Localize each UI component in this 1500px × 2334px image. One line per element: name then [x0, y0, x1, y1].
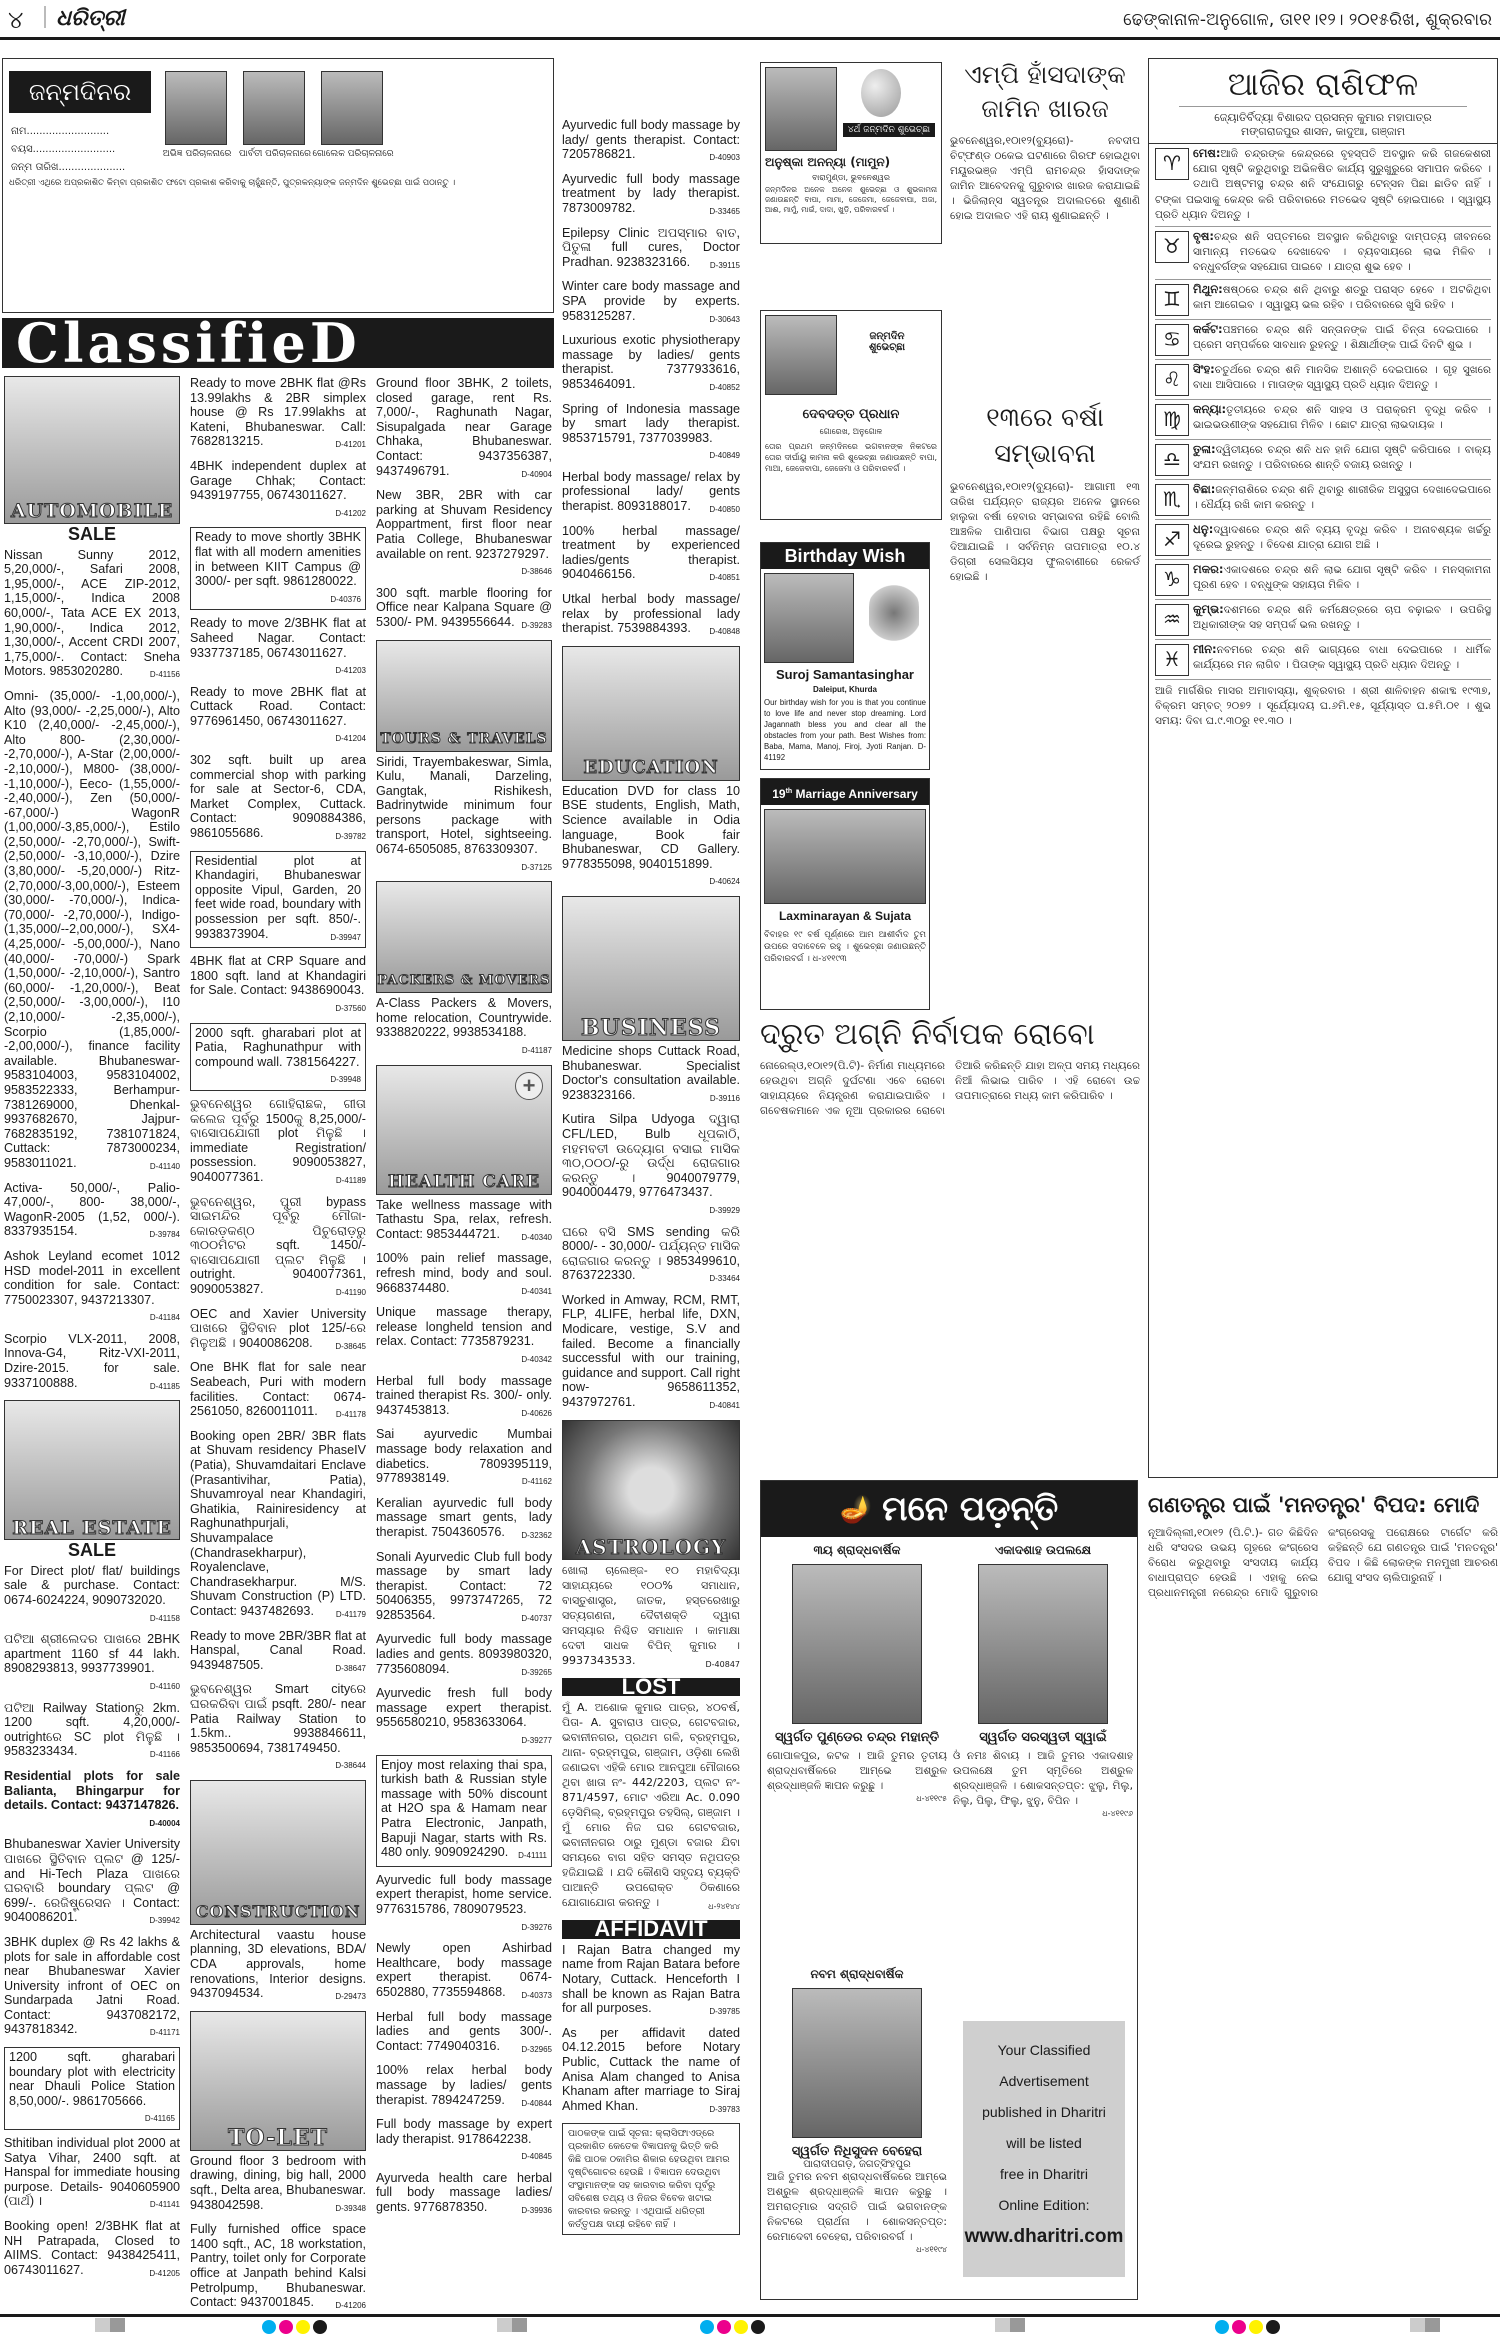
ad-code: D-41205: [149, 2267, 180, 2282]
person-name: Suroj Samantasinghar: [761, 667, 929, 682]
zodiac-list: ♈ମେଷ:ଆଜି ଚନ୍ଦ୍ରଙ୍କ କେନ୍ଦ୍ରରେ ବୃହସ୍ପତି ଅବ…: [1155, 144, 1491, 680]
birthday-wish-ad: Birthday Wish Suroj Samantasinghar Dalei…: [760, 542, 930, 770]
classified-ad: 3BHK duplex @ Rs 42 lakhs & plots for sa…: [4, 1935, 180, 2041]
obituary-title: 🪔 ମନେ ପଡ଼ନ୍ତି: [761, 1481, 1137, 1537]
ad-code: D-39782: [335, 830, 366, 845]
category-label: CONSTRUCTION: [191, 1905, 365, 1920]
anniversary-wish-ad: 19th Marriage Anniversary Wish Laxminara…: [760, 778, 930, 1010]
classified-ad: ଖୋଲା ଚାଲେଞ୍ଜ- ୧୦ ମହାବିଦ୍ୟା ସାହାଯ୍ୟରେ ୧୦୦…: [562, 1563, 740, 1672]
obituary-left: ୩ୟ ଶ୍ରାଦ୍ଧବାର୍ଷିକ ସ୍ୱର୍ଗତ ପୁଣ୍ଡେର ଚନ୍ଦ୍ର…: [767, 1543, 947, 1804]
affidavit-heading: AFFIDAVIT: [562, 1920, 740, 1939]
classified-ad: 100% pain relief massage, refresh mind, …: [376, 1251, 552, 1299]
classified-banner: ClassifieD: [2, 318, 554, 368]
classified-ad: ଭୁବନେଶ୍ୱର, ପୁରୀ bypass ସାଇମନ୍ଦିର ପୂର୍ବରୁ…: [190, 1195, 366, 1301]
ad-code: D-41187: [522, 1044, 552, 1059]
ad-code: D-41184: [150, 1311, 180, 1326]
magenta-dot: [717, 2320, 731, 2334]
health-care-category-image: + HEALTH CARE: [376, 1065, 552, 1195]
classified-ad: Activa- 50,000/-, Palio- 47,000/-, 800- …: [4, 1181, 180, 1243]
ad-code: D-40342: [521, 1353, 552, 1368]
black-dot: [1266, 2320, 1280, 2334]
yellow-dot: [734, 2320, 748, 2334]
registration-grey-block: [497, 2318, 527, 2332]
travel-ads-list: Siridi, Trayembakeswar, Simla, Kulu, Man…: [376, 755, 552, 876]
zodiac-entry: ♏ବିଛା:ଜନ୍ମରାଶିରେ ଚନ୍ଦ୍ର ଶନି ଥିବାରୁ ଶାରୀର…: [1155, 480, 1491, 520]
cmyk-registration-marks: [1215, 2320, 1280, 2334]
page-number: ୪: [8, 6, 23, 34]
cmyk-registration-marks: [700, 2320, 765, 2334]
wish-name: ଦେବଦତ୍ତ ପ୍ରଧାନ: [765, 407, 937, 422]
ad-code: D-40849: [709, 449, 740, 464]
ad-code: D-39276: [521, 1921, 552, 1936]
zodiac-sign-icon: ♓: [1155, 644, 1189, 676]
classified-ad: Keralian ayurvedic full body massage sma…: [376, 1496, 552, 1544]
ad-code: D-39283: [521, 619, 552, 634]
zodiac-name: ମୀନ:: [1193, 642, 1217, 656]
horoscope-panel: ଆଜିର ରାଶିଫଳ ଜ୍ୟୋତିର୍ବିଦ୍ୟା ବିଶାରଦ ପ୍ରସନ୍…: [1148, 58, 1498, 1478]
ad-code: D-33464: [709, 1272, 740, 1287]
ad-code: D-39785: [709, 2005, 740, 2020]
news-story-mp-bail: ଏମ୍ପି ହାଁସଦାଙ୍କ ଜାମିନ ଖାରଜ ଭୁବନେଶ୍ୱର,୧୦ା…: [950, 58, 1140, 224]
cmyk-registration-marks: [262, 2320, 327, 2334]
classified-ad: Herbal full body massage trained therapi…: [376, 1374, 552, 1422]
classified-ad: Epilepsy Clinic ଅପସ୍ମାର ବାତ, ପିତୁଳା full…: [562, 226, 740, 274]
construction-ads-list: Architectural vaastu house planning, 3D …: [190, 1928, 366, 2005]
zodiac-sign-icon: ♍: [1155, 404, 1189, 436]
zodiac-entry: ♉ବୃଷ:ଚନ୍ଦ୍ର ଶନି ସପ୍ତମରେ ଅବସ୍ଥାନ କରିଥିବାର…: [1155, 227, 1491, 280]
ad-code: D-41166: [150, 1748, 180, 1763]
ad-code: D-39783: [709, 2103, 740, 2118]
ad-code: D-41160: [150, 1680, 180, 1695]
ad-code: D-37125: [521, 861, 552, 876]
classified-ad: Ayurvedic full body massage expert thera…: [376, 1873, 552, 1935]
ad-code: D-40340: [521, 1231, 552, 1246]
zodiac-entry: ♒କୁମ୍ଭ:ଦଶମରେ ଚନ୍ଦ୍ର ଶନି କର୍ମକ୍ଷେତ୍ରରେ ଚା…: [1155, 600, 1491, 640]
classified-ad: OEC and Xavier University ପାଖରେ ସ୍ଥିତିବା…: [190, 1307, 366, 1355]
child-photo-2: [243, 71, 305, 145]
ad-code: D-41111: [518, 1849, 547, 1864]
almanac-text: ଆଜି ମାର୍ଗଶିର ମାସର ଅମାବାସ୍ୟା, ଶୁକ୍ରବାର । …: [1155, 684, 1491, 729]
ad-code: D-40341: [521, 1285, 552, 1300]
zodiac-name: କୁମ୍ଭ:: [1193, 602, 1224, 616]
registration-grey-block: [995, 2318, 1025, 2332]
plus-icon: +: [515, 1072, 543, 1100]
ad-code: D-40904: [521, 468, 552, 483]
ad-code: D-40004: [149, 1817, 180, 1832]
black-dot: [313, 2320, 327, 2334]
child-photo-1: [165, 71, 227, 145]
column-rent-travel-health: Ground floor 3BHK, 2 toilets, closed gar…: [376, 376, 552, 2225]
ad-code: D-41162: [522, 1475, 552, 1490]
real-estate-ads-list: For Direct plot/ flat/ buildings sale & …: [4, 1564, 180, 2282]
ad-code: D-39947: [330, 931, 361, 946]
ad-code: D-39936: [521, 2204, 552, 2219]
ad-code: D-38647: [335, 1662, 366, 1677]
ad-code: D-39942: [149, 1914, 180, 1929]
to-let-ads-list: Ground floor 3 bedroom with drawing, din…: [190, 2154, 366, 2314]
person-photo: [764, 573, 854, 663]
wish-name: ଅନୁଷ୍କା ଅନନ୍ୟା (ମାମୁନ): [765, 155, 937, 170]
registration-grey-block: [95, 2318, 125, 2332]
cyan-dot: [700, 2320, 714, 2334]
zodiac-entry: ♍କନ୍ୟା:ତୃତୀୟରେ ଚନ୍ଦ୍ର ଶନି ସାହସ ଓ ପରାକ୍ରମ…: [1155, 400, 1491, 440]
classified-ad: Worked in Amway, RCM, RMT, FLP, 4LIFE, h…: [562, 1293, 740, 1414]
ad-code: D-40903: [709, 151, 740, 166]
zodiac-name: କର୍କଟ:: [1193, 322, 1223, 336]
story-body: ନୂଆଦିଲ୍ଲୀ,୧୦ା୧୨ (ପି.ଟି.)- ଗତ କିଛିଦିନ ଧରି…: [1148, 1526, 1498, 1601]
small-birthday-wish-1: ୪ର୍ଥ ଜନ୍ମଦିନ ଶୁଭେଚ୍ଛା ଅନୁଷ୍କା ଅନନ୍ୟା (ମା…: [760, 62, 942, 244]
masthead-divider: [44, 6, 46, 28]
category-label: BUSINESS: [563, 1021, 739, 1036]
form-field-dob: ଜନ୍ମ ତାରିଖ.....................: [11, 159, 151, 177]
wish-message: Our birthday wish for you is that you co…: [764, 697, 926, 763]
zodiac-name: ତୁଳା:: [1193, 442, 1216, 456]
ad-code: D-41156: [150, 668, 180, 683]
zodiac-sign-icon: ♒: [1155, 604, 1189, 636]
headline: ଏମ୍ପି ହାଁସଦାଙ୍କ ଜାମିନ ଖାରଜ: [950, 58, 1140, 126]
wish-label: ୪ର୍ଥ ଜନ୍ମଦିନ ଶୁଭେଚ୍ଛା: [843, 123, 935, 137]
ad-code: D-41189: [336, 1174, 366, 1189]
classified-ad: Medicine shops Cuttack Road, Bhubaneswar…: [562, 1044, 740, 1106]
classified-ad: Winter care body massage and SPA provide…: [562, 279, 740, 327]
zodiac-name: ଧନୁ:: [1193, 522, 1213, 536]
classified-ad: Omni- (35,000/- -1,00,000/-), Alto (93,0…: [4, 689, 180, 1175]
packers-ads-list: A-Class Packers & Movers, home relocatio…: [376, 996, 552, 1058]
classified-ad: Fully furnished office space 1400 sqft.,…: [190, 2222, 366, 2314]
zodiac-entry: ♊ମିଥୁନ:ଷଷ୍ଠରେ ଚନ୍ଦ୍ର ଶନି ଥିବାରୁ ଶତ୍ରୁ ପର…: [1155, 280, 1491, 320]
sale-heading: SALE: [4, 1543, 180, 1558]
packers-movers-category-image: PACKERS & MOVERS: [376, 881, 552, 993]
classified-ad: Herbal body massage/ relax by profession…: [562, 470, 740, 518]
category-label: AUTOMOBILE: [5, 504, 179, 519]
rent-ads-list: Ground floor 3BHK, 2 toilets, closed gar…: [376, 376, 552, 634]
footer-rule: [0, 2314, 1500, 2317]
zodiac-entry: ♎ତୁଳା:ଦ୍ୱିତୀୟରେ ଚନ୍ଦ୍ର ଶନି ଧନ ହାନି ଯୋଗ ସ…: [1155, 440, 1491, 480]
headline: ୧୩ରେ ବର୍ଷା ସମ୍ଭାବନା: [950, 400, 1140, 472]
ad-code: D-41201: [335, 438, 366, 453]
classified-ad: Newly open Ashirbad Healthcare, body mas…: [376, 1941, 552, 2003]
cyan-dot: [262, 2320, 276, 2334]
ad-code: D-40841: [709, 1399, 740, 1414]
ad-code: D-32362: [521, 1529, 552, 1544]
ad-code: D-33465: [709, 205, 740, 220]
wish-place: ଗୋରେଖ, ଅନୁଗୋଳ: [765, 427, 937, 437]
category-label: REAL ESTATE: [5, 1521, 179, 1536]
classified-ad: ଭୁବନେଶ୍ୱର ଗୋହିରାଛକ, ଗୀତା କଲେଜ ପୂର୍ବରୁ 15…: [190, 1097, 366, 1189]
automobile-category-image: AUTOMOBILE: [4, 376, 180, 524]
ad-code: D-29473: [335, 1990, 366, 2005]
category-label: TOURS & TRAVELS: [377, 732, 551, 747]
classified-ad: Spring of Indonesia massage by smart lad…: [562, 402, 740, 464]
flower-bouquet-icon: [869, 583, 919, 643]
column-massage-education-business: Ayurvedic full body massage by lady/ gen…: [562, 118, 740, 2235]
classified-ad: Ayurvedic full body massage by lady/ gen…: [562, 118, 740, 166]
zodiac-name: ମେଷ:: [1193, 146, 1220, 160]
ad-code: D-40848: [709, 625, 740, 640]
form-field-name: ନାମ..........................: [11, 123, 151, 141]
classified-ad: ପଟିଆ Railway Stationରୁ 2km. 1200 sqft. 4…: [4, 1701, 180, 1763]
classified-ad: Kutira Silpa Udyoga ଦ୍ୱାରା CFL/LED, Bulb…: [562, 1112, 740, 1218]
classified-ad: 4BHK independent duplex at Garage Chhak;…: [190, 459, 366, 521]
wish-photo: [765, 67, 837, 151]
zodiac-entry: ♓ମୀନ:ନବମରେ ଚନ୍ଦ୍ର ଶନି ଭାଗ୍ୟରେ ବାଧା ଦେଇପା…: [1155, 640, 1491, 680]
zodiac-name: ସିଂହ:: [1193, 362, 1215, 376]
zodiac-sign-icon: ♐: [1155, 524, 1189, 556]
business-category-image: BUSINESS: [562, 896, 740, 1041]
birthday-panel-title: ଜନ୍ମଦିନର ଶୁଭେଚ୍ଛା: [9, 71, 151, 113]
ad-code: D-40851: [709, 571, 740, 586]
headline: ଦ୍ରୁତ ଅଗ୍ନି ନିର୍ବାପକ ରୋବୋ: [760, 1015, 1140, 1055]
headline: ଗଣତନ୍ତ୍ର ପାଇଁ 'ମନତନ୍ତ୍ର' ବିପଦ: ମୋଦି: [1148, 1490, 1498, 1520]
ad-code: D-41190: [336, 1286, 366, 1301]
ad-code: D-32965: [521, 2043, 552, 2058]
classified-ad: Herbal full body massage ladies and gent…: [376, 2010, 552, 2058]
classified-ad: ପଟିଆ ଶ୍ରୀଲେଦର ପାଖରେ 2BHK apartment 1160 …: [4, 1632, 180, 1694]
ad-code: D-40373: [521, 1989, 552, 2004]
lamp-icon: 🪔: [840, 1494, 872, 1525]
ad-code: D-41140: [150, 1160, 180, 1175]
column-automobile-realestate: AUTOMOBILE SALE Nissan Sunny 2012, 5,20,…: [4, 376, 180, 2287]
couple-names: Laxminarayan & Sujata: [761, 909, 929, 923]
education-ads-list: Education DVD for class 10 BSE students,…: [562, 784, 740, 890]
classified-ad: Ground floor 3 bedroom with drawing, din…: [190, 2154, 366, 2216]
astrologer-name: ଜ୍ୟୋତିର୍ବିଦ୍ୟା ବିଶାରଦ ପ୍ରସନ୍ନ କୁମାର ମହାପ…: [1155, 111, 1491, 125]
classified-ad: Scorpio VLX-2011, 2008, Innova-G4, Ritz-…: [4, 1332, 180, 1394]
classified-ad: Sthitiban individual plot 2000 at Satya …: [4, 2136, 180, 2213]
wish-text: ତୋର ପ୍ରଥମ ଜନ୍ମଦିନରେ ଭଗବାନଙ୍କ ନିକଟରେ ତୋର …: [765, 441, 937, 474]
wish-label: ଜନ୍ମଦିନ ଶୁଭେଚ୍ଛା: [851, 331, 923, 353]
magenta-dot: [1232, 2320, 1246, 2334]
ad-code: D-40376: [330, 593, 361, 608]
category-label: PACKERS & MOVERS: [377, 974, 551, 989]
masthead: ୪ ଧରିତ୍ରୀ ଢେଙ୍କାନାଳ-ଅନୁଗୋଳ, ତା୧୧।୧୨। ୨୦୧…: [0, 0, 1500, 40]
ad-code: D-40626: [521, 1407, 552, 1422]
classified-ad: Ground floor 3BHK, 2 toilets, closed gar…: [376, 376, 552, 482]
ad-code: D-39115: [710, 259, 740, 274]
ad-code: D-39948: [330, 1073, 361, 1088]
tours-travels-category-image: TOURS & TRAVELS: [376, 640, 552, 752]
deceased-photo: [792, 1988, 922, 2138]
classified-ad: Utkal herbal body massage/ relax by prof…: [562, 592, 740, 640]
astrologer-address: ମଙ୍ଗରାଜପୁର ଶାସନ, କାଦୁଆ, ଗଞ୍ଜାମ: [1149, 125, 1497, 144]
yellow-dot: [296, 2320, 310, 2334]
classified-ad: 302 sqft. built up area commercial shop …: [190, 753, 366, 845]
ad-code: D-41185: [150, 1380, 180, 1395]
zodiac-sign-icon: ♑: [1155, 564, 1189, 596]
classified-ad: Residential plot at Khandagiri, Bhubanes…: [190, 851, 366, 949]
zodiac-entry: ♋କର୍କଟ:ପଞ୍ଚମରେ ଚନ୍ଦ୍ର ଶନି ସନ୍ତାନଙ୍କ ପାଇଁ…: [1155, 320, 1491, 360]
ad-code: D-40850: [709, 503, 740, 518]
classified-ad: Booking open 2BR/ 3BR flats at Shuvam re…: [190, 1429, 366, 1623]
ad-code: D-41179: [336, 1608, 366, 1623]
wish-place: ବାରାମୁଣ୍ଡା, ଭୁବନେଶ୍ୱର: [765, 173, 937, 183]
ad-code: D-40844: [521, 2097, 552, 2112]
zodiac-name: ମକର:: [1193, 562, 1223, 576]
affidavit-ads-list: I Rajan Batra changed my name from Rajan…: [562, 1943, 740, 2118]
classified-ad: Siridi, Trayembakeswar, Simla, Kulu, Man…: [376, 755, 552, 876]
classified-ad: Bhubaneswar Xavier University ପାଖରେ ସ୍ଥି…: [4, 1837, 180, 1929]
construction-category-image: CONSTRUCTION: [190, 1780, 366, 1925]
classified-ad: As per affidavit dated 04.12.2015 before…: [562, 2026, 740, 2118]
zodiac-sign-icon: ♋: [1155, 324, 1189, 356]
zodiac-sign-icon: ♎: [1155, 444, 1189, 476]
story-body: ଭୁବନେଶ୍ୱର,୧୦ା୧୨(ବ୍ୟୁରୋ)- ନବଦୀପ ଚିଟ୍‌ଫଣ୍ଡ…: [950, 134, 1140, 224]
anniversary-title: 19th Marriage Anniversary Wish: [761, 779, 929, 805]
story-body: ଭୁବନେଶ୍ୱର,୧୦ା୧୨(ବ୍ୟୁରୋ)- ଆଗାମୀ ୧୩ ତାରିଖ …: [950, 480, 1140, 585]
classified-ad: I Rajan Batra changed my name from Rajan…: [562, 1943, 740, 2020]
news-story-robot: ଦ୍ରୁତ ଅଗ୍ନି ନିର୍ବାପକ ରୋବୋ ନୋରେଲ୍‌ଓ,୧୦ା୧୨…: [760, 1015, 1140, 1119]
ad-code: D-38644: [335, 1759, 366, 1774]
automobile-ads-list: Nissan Sunny 2012, 5,20,000/-, Safari 20…: [4, 548, 180, 1395]
zodiac-sign-icon: ♈: [1155, 148, 1189, 180]
couple-photo: [764, 809, 926, 904]
reader-notice: ପାଠକଙ୍କ ପାଇଁ ସୂଚନା: କ୍ଲାସିଫାଏଡ୍‌ରେ ପ୍ରକା…: [562, 2123, 740, 2235]
zodiac-name: ମିଥୁନ:: [1193, 282, 1223, 296]
classified-ad: Ready to move 2/3BHK flat at Saheed Naga…: [190, 616, 366, 678]
column-property: Ready to move 2BHK flat @Rs 13.99lakhs &…: [190, 376, 366, 2320]
form-field-age: ବୟସ..........................: [11, 141, 151, 159]
category-label: ASTROLOGY: [563, 1540, 739, 1555]
small-birthday-wish-2: ଜନ୍ମଦିନ ଶୁଭେଚ୍ଛା ଦେବଦତ୍ତ ପ୍ରଧାନ ଗୋରେଖ, ଅ…: [760, 310, 942, 520]
anniversary-text: ବିବାହର ୧୯ ବର୍ଷ ପୂର୍ଣ୍ଣରେ ଆମ ଆଶୀର୍ବାଦ ତୁମ…: [764, 929, 926, 965]
classified-ad: 300 sqft. marble flooring for Office nea…: [376, 586, 552, 634]
news-story-rain: ୧୩ରେ ବର୍ଷା ସମ୍ଭାବନା ଭୁବନେଶ୍ୱର,୧୦ା୧୨(ବ୍ୟୁ…: [950, 400, 1140, 585]
classified-ad: Ayurvedic full body massage ladies and g…: [376, 1632, 552, 1680]
ad-code: D-41158: [150, 1612, 180, 1627]
classified-ad: 2000 sqft. gharabari plot at Patia, Ragh…: [190, 1023, 366, 1091]
zodiac-entry: ♐ଧନୁ:ଦ୍ୱାଦଶରେ ଚନ୍ଦ୍ର ଶନି ବ୍ୟୟ ବୃଦ୍ଧି କରି…: [1155, 520, 1491, 560]
category-label: TO-LET: [191, 2131, 365, 2146]
ad-code: D-39116: [710, 1092, 740, 1107]
ad-code: D-41203: [335, 664, 366, 679]
classified-ad: Enjoy most relaxing thai spa, turkish ba…: [376, 1755, 552, 1867]
ad-code: D-40852: [709, 381, 740, 396]
ad-code: D-39277: [521, 1734, 552, 1749]
zodiac-name: କନ୍ୟା:: [1193, 402, 1226, 416]
online-edition-promo[interactable]: Your Classified Advertisement published …: [963, 2021, 1125, 2277]
classified-ad: One BHK flat for sale near Seabeach, Pur…: [190, 1360, 366, 1422]
photo-caption-3: ଗୋଲେକ ପରିଚାଳନାରେ: [309, 149, 397, 159]
ad-code: D-41204: [335, 732, 366, 747]
dateline: ଢେଙ୍କାନାଳ-ଅନୁଗୋଳ, ତା୧୧।୧୨। ୨୦୧୫ରିଖ, ଶୁକ୍…: [1123, 10, 1492, 30]
story-body: ନୋରେଲ୍‌ଓ,୧୦ା୧୨(ପି.ଟି)- ନିର୍ମାଣ ମାଧ୍ୟମରେ …: [760, 1059, 1140, 1119]
zodiac-name: ବୃଷ:: [1193, 229, 1214, 243]
birthday-wish-title: Birthday Wish: [761, 543, 929, 569]
photo-caption-1: ଅଭିଜ୍ଞ ପରିଚାଳନାରେ: [153, 149, 241, 159]
classified-ad: Architectural vaastu house planning, 3D …: [190, 1928, 366, 2005]
deceased-photo: [978, 1564, 1108, 1724]
ad-code: D-40847: [706, 1657, 741, 1672]
classified-ad: Ready to move 2BHK flat at Cuttack Road.…: [190, 685, 366, 747]
property-ads-list: Ready to move 2BHK flat @Rs 13.99lakhs &…: [190, 376, 366, 1774]
deceased-photo: [792, 1564, 922, 1724]
zodiac-entry: ♑ମକର:ଏକାଦଶରେ ଚନ୍ଦ୍ର ଶନି ଲାଭ ଯୋଗ ସୃଷ୍ଟି କ…: [1155, 560, 1491, 600]
ad-code: D-30643: [709, 313, 740, 328]
cyan-dot: [1215, 2320, 1229, 2334]
obituary-right: ଏକାଦଶାହ ଉପଲକ୍ଷେ ସ୍ୱର୍ଗତ ସରସ୍ୱତୀ ସ୍ୱାଇଁ ଓ…: [953, 1543, 1133, 1819]
ad-code: D-37560: [335, 1002, 366, 1017]
classified-ad: Sai ayurvedic Mumbai massage body relaxa…: [376, 1427, 552, 1489]
astrology-category-image: ASTROLOGY: [562, 1420, 740, 1560]
classified-ad: Unique massage therapy, release longheld…: [376, 1305, 552, 1367]
classified-ad: Sonali Ayurvedic Club full body massage …: [376, 1550, 552, 1627]
ad-code: D-41202: [335, 507, 366, 522]
ad-code: D-41178: [336, 1408, 366, 1423]
ad-code: D-39348: [335, 2202, 366, 2217]
classified-ad: New 3BR, 2BR with car parking at Shuvam …: [376, 488, 552, 580]
classified-ad: Ayurveda health care herbal full body ma…: [376, 2171, 552, 2219]
classified-ad: Booking open! 2/3BHK flat at NH Patrapad…: [4, 2219, 180, 2281]
person-place: Daleiput, Khurda: [761, 685, 929, 694]
zodiac-sign-icon: ♏: [1155, 484, 1189, 516]
magenta-dot: [279, 2320, 293, 2334]
balloon-icon: [861, 69, 901, 117]
zodiac-sign-icon: ♊: [1155, 284, 1189, 316]
education-category-image: EDUCATION: [562, 646, 740, 781]
obituary-bottom: ନବମ ଶ୍ରାଦ୍ଧବାର୍ଷିକ ସ୍ୱର୍ଗତ ନିଧିସୁଦନ ବେହେ…: [767, 1967, 947, 2255]
business-ads-list: Medicine shops Cuttack Road, Bhubaneswar…: [562, 1044, 740, 1414]
classified-ad: 100% relax herbal body massage by ladies…: [376, 2063, 552, 2111]
ad-code: D-39784: [149, 1228, 180, 1243]
ad-code: D-40845: [521, 2150, 552, 2165]
classified-ad: Ayurvedic fresh full body massage expert…: [376, 1686, 552, 1748]
wish-photo: [765, 315, 837, 395]
classified-ad: Residential plots for sale Balianta, Bhi…: [4, 1769, 180, 1831]
classified-ad: Ayurvedic full body massage treatment by…: [562, 172, 740, 220]
child-photo-3: [321, 71, 383, 145]
zodiac-entry: ♈ମେଷ:ଆଜି ଚନ୍ଦ୍ରଙ୍କ କେନ୍ଦ୍ରରେ ବୃହସ୍ପତି ଅବ…: [1155, 144, 1491, 227]
lost-notice: ମୁଁ A. ଅଶୋକ କୁମାର ପାତ୍ର, ୪୦ବର୍ଷ, ପିତା- A…: [562, 1700, 740, 1914]
classified-ad: Ready to move 2BR/3BR flat at Hanspal, C…: [190, 1629, 366, 1677]
classified-ad: Nissan Sunny 2012, 5,20,000/-, Safari 20…: [4, 548, 180, 683]
ad-code: D-38646: [521, 565, 552, 580]
birthday-greetings-panel: ଜନ୍ମଦିନର ଶୁଭେଚ୍ଛା ନାମ...................…: [2, 58, 554, 313]
registration-grey-block: [1410, 2318, 1440, 2332]
health-ads-list: Take wellness massage with Tathastu Spa,…: [376, 1198, 552, 2219]
ad-code: D-41141: [150, 2198, 180, 2213]
zodiac-name: ବିଛା:: [1193, 482, 1215, 496]
ad-code: D-38645: [335, 1340, 366, 1355]
classified-ad: Full body massage by expert lady therapi…: [376, 2117, 552, 2165]
website-link[interactable]: www.dharitri.com: [963, 2221, 1125, 2252]
yellow-dot: [1249, 2320, 1263, 2334]
real-estate-category-image: REAL ESTATE: [4, 1400, 180, 1540]
zodiac-sign-icon: ♌: [1155, 364, 1189, 396]
black-dot: [751, 2320, 765, 2334]
category-label: EDUCATION: [563, 761, 739, 776]
news-story-modi: ଗଣତନ୍ତ୍ର ପାଇଁ 'ମନତନ୍ତ୍ର' ବିପଦ: ମୋଦି ନୂଆଦ…: [1148, 1490, 1498, 1601]
classified-ad: 1200 sqft. gharabari boundary plot with …: [4, 2047, 180, 2130]
classified-ad: Ready to move 2BHK flat @Rs 13.99lakhs &…: [190, 376, 366, 453]
classified-ad: A-Class Packers & Movers, home relocatio…: [376, 996, 552, 1058]
newspaper-logo[interactable]: ଧରିତ୍ରୀ: [56, 6, 125, 31]
ad-code: D-39929: [709, 1204, 740, 1219]
classified-ad: 4BHK flat at CRP Square and 1800 sqft. l…: [190, 954, 366, 1016]
wish-text: ଜନ୍ମଦିନର ଅନେକ ଅନେକ ଶୁଭେଚ୍ଛା ଓ ଶୁଭକାମନା ଜ…: [765, 185, 937, 215]
zodiac-sign-icon: ♉: [1155, 231, 1189, 263]
photo-caption-2: ପାର୍ବତୀ ପରିଚାଳନାରେ: [231, 149, 319, 159]
classified-ad: Education DVD for class 10 BSE students,…: [562, 784, 740, 890]
classified-ad: ଭୁବନେଶ୍ୱର Smart cityରେ ଘରକରିବା ପାଇଁ psqf…: [190, 1682, 366, 1774]
massage-ads-list: Ayurvedic full body massage by lady/ gen…: [562, 118, 740, 640]
birthday-panel-note: ଧରିତ୍ରୀ ଏଥିରେ ଅପ୍ରକାଶିତ କିମ୍ବା ପ୍ରକାଶିତ …: [9, 177, 549, 189]
classified-ad: Luxurious exotic physiotherapy massage b…: [562, 333, 740, 395]
obituary-panel: 🪔 ମନେ ପଡ଼ନ୍ତି ୩ୟ ଶ୍ରାଦ୍ଧବାର୍ଷିକ ସ୍ୱର୍ଗତ …: [760, 1480, 1138, 2300]
ad-code: D-41165: [145, 2112, 175, 2127]
classified-ad: ଘରେ ବସି SMS sending କରି 8000/- - 30,000/…: [562, 1225, 740, 1287]
ad-code: D-40624: [709, 875, 740, 890]
classified-ad: For Direct plot/ flat/ buildings sale & …: [4, 1564, 180, 1626]
